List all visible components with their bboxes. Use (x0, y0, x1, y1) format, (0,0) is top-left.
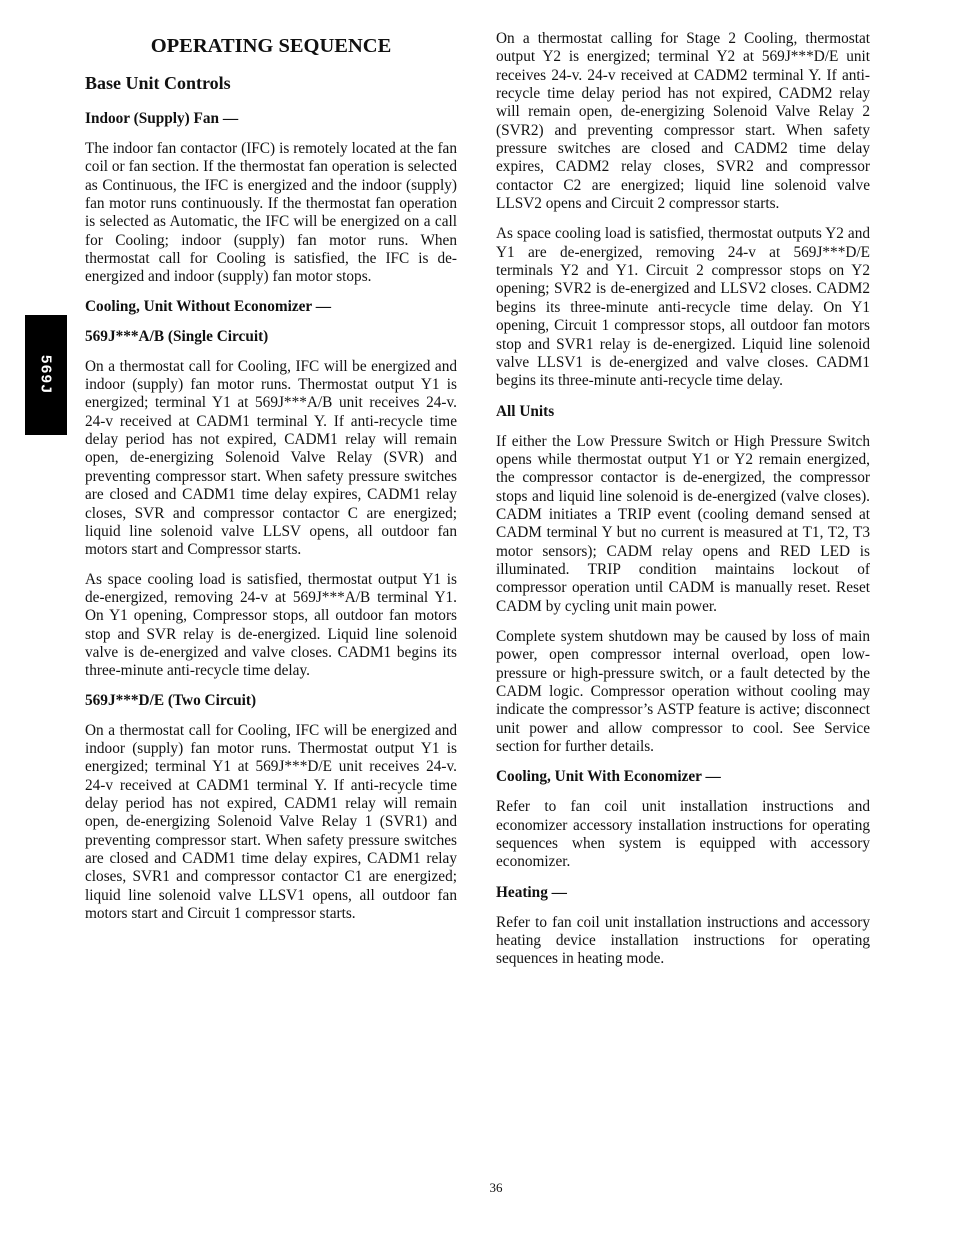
paragraph-single-circuit-call: On a thermostat call for Cooling, IFC wi… (85, 358, 457, 560)
left-column: OPERATING SEQUENCE Base Unit Controls In… (85, 34, 457, 934)
subheading-cooling-with-economizer: Cooling, Unit With Economizer — (496, 768, 870, 786)
page-title: OPERATING SEQUENCE (85, 34, 457, 58)
side-tab-label: 569J (38, 355, 55, 394)
manual-page: 569J OPERATING SEQUENCE Base Unit Contro… (0, 0, 954, 1235)
paragraph-system-shutdown: Complete system shutdown may be caused b… (496, 628, 870, 756)
paragraph-stage2-cooling: On a thermostat calling for Stage 2 Cool… (496, 30, 870, 213)
paragraph-single-circuit-satisfied: As space cooling load is satisfied, ther… (85, 571, 457, 681)
paragraph-heating: Refer to fan coil unit installation inst… (496, 914, 870, 969)
paragraph-indoor-fan: The indoor fan contactor (IFC) is remote… (85, 140, 457, 287)
subheading-heating: Heating — (496, 884, 870, 902)
page-number: 36 (460, 1180, 532, 1196)
subheading-569j-ab-single-circuit: 569J***A/B (Single Circuit) (85, 328, 457, 346)
right-column: On a thermostat calling for Stage 2 Cool… (496, 30, 870, 981)
subheading-all-units: All Units (496, 403, 870, 421)
paragraph-pressure-switch-trip: If either the Low Pressure Switch or Hig… (496, 433, 870, 616)
heading-base-unit-controls: Base Unit Controls (85, 73, 457, 94)
subheading-indoor-supply-fan: Indoor (Supply) Fan — (85, 110, 457, 128)
paragraph-two-circuit-call: On a thermostat call for Cooling, IFC wi… (85, 722, 457, 924)
side-tab: 569J (25, 315, 67, 435)
paragraph-with-economizer: Refer to fan coil unit installation inst… (496, 798, 870, 871)
subheading-569j-de-two-circuit: 569J***D/E (Two Circuit) (85, 692, 457, 710)
subheading-cooling-without-economizer: Cooling, Unit Without Economizer — (85, 298, 457, 316)
paragraph-two-circuit-satisfied: As space cooling load is satisfied, ther… (496, 225, 870, 390)
